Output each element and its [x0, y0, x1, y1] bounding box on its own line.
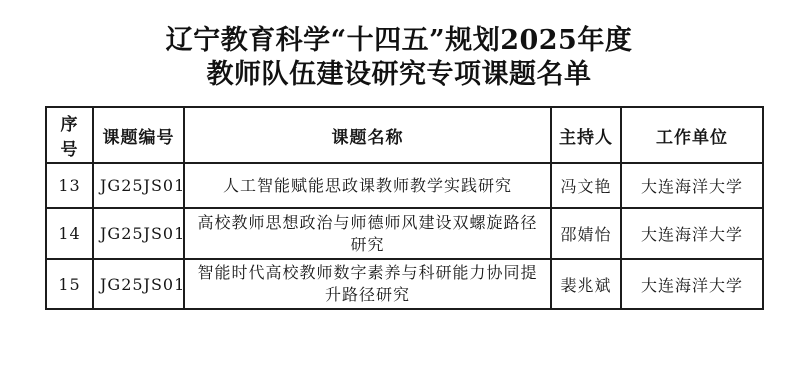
- project-list-table: 序号 课题编号 课题名称 主持人 工作单位 13 JG25JS013 人工智能赋…: [45, 106, 764, 310]
- cell-leader: 裴兆斌: [551, 259, 621, 309]
- cell-project-name: 人工智能赋能思政课教师教学实践研究: [184, 163, 551, 208]
- cell-index: 14: [46, 208, 93, 259]
- cell-unit: 大连海洋大学: [621, 163, 763, 208]
- cell-code: JG25JS015: [93, 259, 184, 309]
- cell-index: 13: [46, 163, 93, 208]
- document-title-line-1: 辽宁教育科学“十四五”规划2025年度: [0, 24, 798, 58]
- cell-unit: 大连海洋大学: [621, 208, 763, 259]
- col-header-unit: 工作单位: [621, 107, 763, 163]
- cell-leader: 邵婧怡: [551, 208, 621, 259]
- cell-project-name: 高校教师思想政治与师德师风建设双螺旋路径研究: [184, 208, 551, 259]
- cell-code: JG25JS013: [93, 163, 184, 208]
- document-title-line-2: 教师队伍建设研究专项课题名单: [0, 58, 798, 92]
- table-row: 13 JG25JS013 人工智能赋能思政课教师教学实践研究 冯文艳 大连海洋大…: [46, 163, 763, 208]
- cell-index: 15: [46, 259, 93, 309]
- col-header-index: 序号: [46, 107, 93, 163]
- table-header-row: 序号 课题编号 课题名称 主持人 工作单位: [46, 107, 763, 163]
- col-header-code: 课题编号: [93, 107, 184, 163]
- cell-code: JG25JS014: [93, 208, 184, 259]
- document-title: 辽宁教育科学“十四五”规划2025年度 教师队伍建设研究专项课题名单: [0, 24, 798, 92]
- col-header-name: 课题名称: [184, 107, 551, 163]
- table-row: 15 JG25JS015 智能时代高校教师数字素养与科研能力协同提升路径研究 裴…: [46, 259, 763, 309]
- cell-leader: 冯文艳: [551, 163, 621, 208]
- col-header-leader: 主持人: [551, 107, 621, 163]
- table-row: 14 JG25JS014 高校教师思想政治与师德师风建设双螺旋路径研究 邵婧怡 …: [46, 208, 763, 259]
- cell-project-name: 智能时代高校教师数字素养与科研能力协同提升路径研究: [184, 259, 551, 309]
- cell-unit: 大连海洋大学: [621, 259, 763, 309]
